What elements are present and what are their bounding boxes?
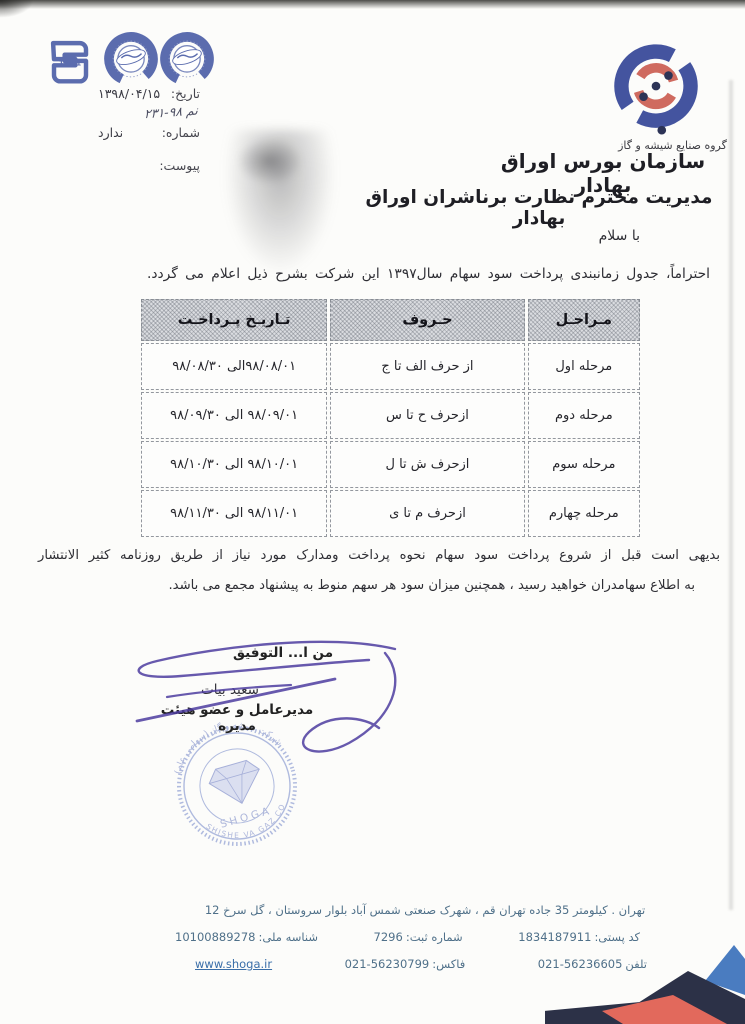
attachment-row: پیوست: <box>98 158 200 173</box>
period-cell: ۹۸/۰۹/۰۱ الی ۹۸/۰۹/۳۰ <box>141 392 327 439</box>
closing-note-line2: به اطلاع سهامدران خواهید رسید ، همچنین م… <box>40 578 695 593</box>
certification-badges: 131/1 <box>46 28 216 88</box>
header-stages: مـراحـل <box>528 299 640 341</box>
date-label: تاریخ: <box>171 86 200 101</box>
iran-standard-icon: 131/1 <box>46 32 94 88</box>
scan-smudge <box>238 138 302 184</box>
period-cell: ۹۸/۰۸/۰۱الی ۹۸/۰۸/۳۰ <box>141 343 327 390</box>
fax-number: فاکس:021-56230799 <box>345 957 466 971</box>
footer-address: تهران . کیلومتر 35 جاده تهران قم ، شهرک … <box>145 903 705 917</box>
handwritten-ref-number: نم ۲۳۱-۹۸ <box>98 102 198 124</box>
website-link[interactable]: www.shoga.ir <box>195 957 272 971</box>
salutation: با سلام <box>570 228 640 244</box>
stage-cell: مرحله چهارم <box>528 490 640 537</box>
closing-note-line1: بدیهی است قبل از شروع پرداخت سود سهام نح… <box>38 548 720 563</box>
stage-cell: مرحله سوم <box>528 441 640 488</box>
signatory-name: سعید بیات <box>170 682 290 698</box>
header-letters: حـروف <box>330 299 524 341</box>
iran-standard-number: 131/1 <box>59 58 81 67</box>
letters-cell: ازحرف ش تا ل <box>330 441 524 488</box>
table-row: مرحله دوم ازحرف ح تا س ۹۸/۰۹/۰۱ الی ۹۸/۰… <box>141 392 640 439</box>
corner-decoration <box>545 929 745 1024</box>
stage-cell: مرحله اول <box>528 343 640 390</box>
scan-right-streak <box>729 80 733 910</box>
tuv-cert-icon-1 <box>158 28 216 88</box>
registration-number: شماره ثبت:7296 <box>374 930 463 944</box>
period-cell: ۹۸/۱۱/۰۱ الی ۹۸/۱۱/۳۰ <box>141 490 327 537</box>
letter-meta: تاریخ: ۱۳۹۸/۰۴/۱۵ نم ۲۳۱-۹۸ شماره: ندارد… <box>98 86 200 173</box>
letters-cell: ازحرف ح تا س <box>330 392 524 439</box>
attachment-label: پیوست: <box>159 158 200 173</box>
table-row: مرحله سوم ازحرف ش تا ل ۹۸/۱۰/۰۱ الی ۹۸/۱… <box>141 441 640 488</box>
date-value: ۱۳۹۸/۰۴/۱۵ <box>98 86 160 101</box>
scanned-letter-page: 131/1 تاریخ: ۱۳۹۸/۰۴/۱۵ نم ۲۳۱-۹۸ شماره:… <box>0 0 745 1024</box>
intro-paragraph: احتراماً، جدول زمانبندی پرداخت سود سهام … <box>147 266 710 282</box>
scan-corner-shadow <box>0 0 34 18</box>
header-payment-date: تـاریـخ پـرداخـت <box>141 299 327 341</box>
tuv-cert-icon-2 <box>102 28 160 88</box>
national-id: شناسه ملی:10100889278 <box>175 930 318 944</box>
letters-cell: از حرف الف تا ج <box>330 343 524 390</box>
table-row: مرحله اول از حرف الف تا ج ۹۸/۰۸/۰۱الی ۹۸… <box>141 343 640 390</box>
table-row: مرحله چهارم ازحرف م تا ی ۹۸/۱۱/۰۱ الی ۹۸… <box>141 490 640 537</box>
number-value: ندارد <box>98 125 123 140</box>
company-logo-icon <box>608 38 704 138</box>
letters-cell: ازحرف م تا ی <box>330 490 524 537</box>
number-row: شماره: ندارد <box>98 125 200 140</box>
signature-blessing: من ا... التوفیق <box>228 645 338 661</box>
period-cell: ۹۸/۱۰/۰۱ الی ۹۸/۱۰/۳۰ <box>141 441 327 488</box>
scan-top-edge <box>0 0 745 9</box>
date-row: تاریخ: ۱۳۹۸/۰۴/۱۵ <box>98 86 200 101</box>
recipient-subtitle: مدیریت محترم نظارت برناشران اوراق بهادار <box>358 187 720 229</box>
number-label: شماره: <box>162 125 200 140</box>
signatory-role: مدیرعامل و عضو هیئت مدیره <box>148 702 326 734</box>
stage-cell: مرحله دوم <box>528 392 640 439</box>
table-header-row: مـراحـل حـروف تـاریـخ پـرداخـت <box>141 299 640 341</box>
dividend-schedule-table: مـراحـل حـروف تـاریـخ پـرداخـت مرحله اول… <box>138 297 643 539</box>
